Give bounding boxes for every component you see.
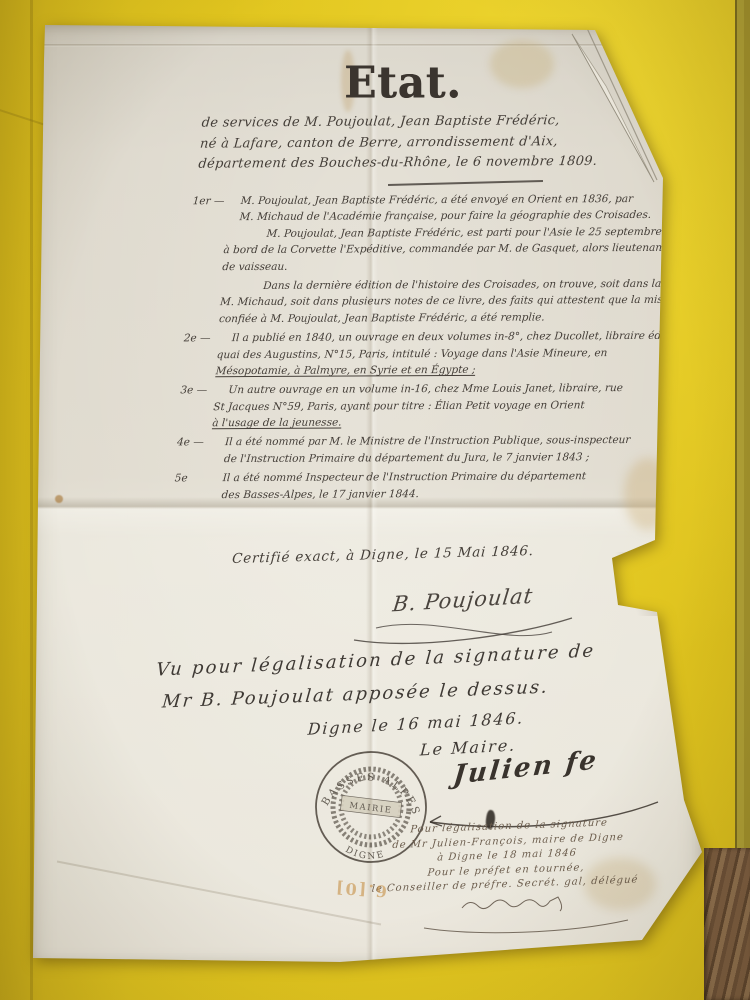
prefect-signature-squiggle	[456, 892, 582, 920]
body-line: de vaisseau.	[222, 258, 675, 277]
body-line: de l'Instruction Primaire du département…	[209, 451, 662, 470]
body-line: des Basses-Alpes, le 17 janvier 1844.	[207, 487, 660, 506]
edge-tear-shadow	[606, 552, 662, 616]
document-title: Etat.	[315, 57, 491, 108]
pencil-archival-mark: 6.[0]	[333, 878, 387, 901]
top-fold-crease	[34, 44, 674, 47]
item-marker: 3e —	[180, 385, 208, 397]
body-line: confiée à M. Poujoulat, Jean Baptiste Fr…	[218, 311, 671, 330]
certification-line: Certifié exact, à Digne, le 15 Mai 1846.	[168, 541, 599, 568]
item-marker: 1er —	[192, 195, 225, 207]
prefecture-underline-flourish	[416, 914, 638, 938]
prefecture-note: Pour légalisation de la signature de Mr …	[344, 814, 671, 898]
legalization-line-2: Mr B. Poujoulat apposée le dessus.	[161, 677, 549, 713]
service-record-body: 1er —M. Poujoulat, Jean Baptiste Frédéri…	[207, 193, 679, 506]
item-marker: 2e —	[183, 332, 211, 344]
legalization-line-1: Vu pour légalisation de la signature de	[155, 640, 596, 680]
item-marker: 4e —	[177, 437, 205, 449]
stain-mark	[490, 40, 554, 88]
body-line: Mésopotamie, à Palmyre, en Syrie et en É…	[215, 363, 668, 382]
paper-sheet-wrap: Etat. de services de M. Poujoulat, Jean …	[0, 0, 750, 1000]
body-line: à l'usage de la jeunesse.	[212, 415, 665, 434]
paper-sheet: Etat. de services de M. Poujoulat, Jean …	[28, 20, 704, 968]
place-date-line: Digne le 16 mai 1846.	[246, 705, 587, 742]
intro-underline-rule	[388, 180, 543, 186]
intro-line: département des Bouches-du-Rhône, le 6 n…	[198, 151, 680, 175]
poujoulat-signature: B. Poujoulat	[347, 581, 579, 619]
photo-stage: Etat. de services de M. Poujoulat, Jean …	[0, 0, 750, 1000]
item-marker: 5e	[174, 473, 188, 485]
diagonal-crease	[57, 861, 381, 926]
intro-paragraph: de services de M. Poujoulat, Jean Baptis…	[198, 110, 683, 175]
stain-mark	[55, 495, 63, 503]
